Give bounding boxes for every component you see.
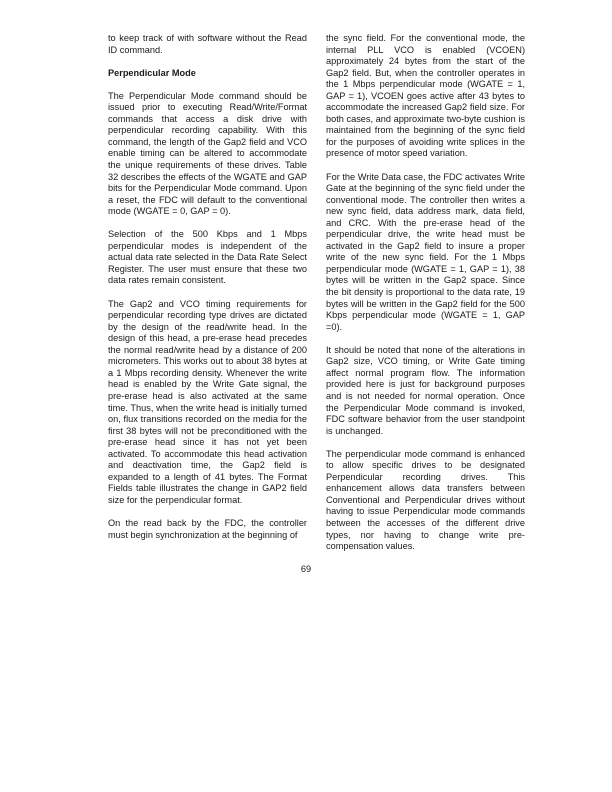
paragraph: Selection of the 500 Kbps and 1 Mbps per… [108, 229, 307, 287]
right-column: the sync field. For the conventional mod… [326, 33, 525, 564]
paragraph: The perpendicular mode command is enhanc… [326, 449, 525, 553]
section-heading: Perpendicular Mode [108, 68, 307, 80]
paragraph: It should be noted that none of the alte… [326, 345, 525, 437]
document-page: to keep track of with software without t… [0, 0, 612, 792]
intro-paragraph: to keep track of with software without t… [108, 33, 307, 56]
paragraph: the sync field. For the conventional mod… [326, 33, 525, 160]
paragraph: For the Write Data case, the FDC activat… [326, 172, 525, 334]
paragraph: On the read back by the FDC, the control… [108, 518, 307, 541]
paragraph: The Perpendicular Mode command should be… [108, 91, 307, 218]
paragraph: The Gap2 and VCO timing requirements for… [108, 299, 307, 507]
left-column: to keep track of with software without t… [108, 33, 307, 553]
page-number: 69 [0, 564, 612, 574]
